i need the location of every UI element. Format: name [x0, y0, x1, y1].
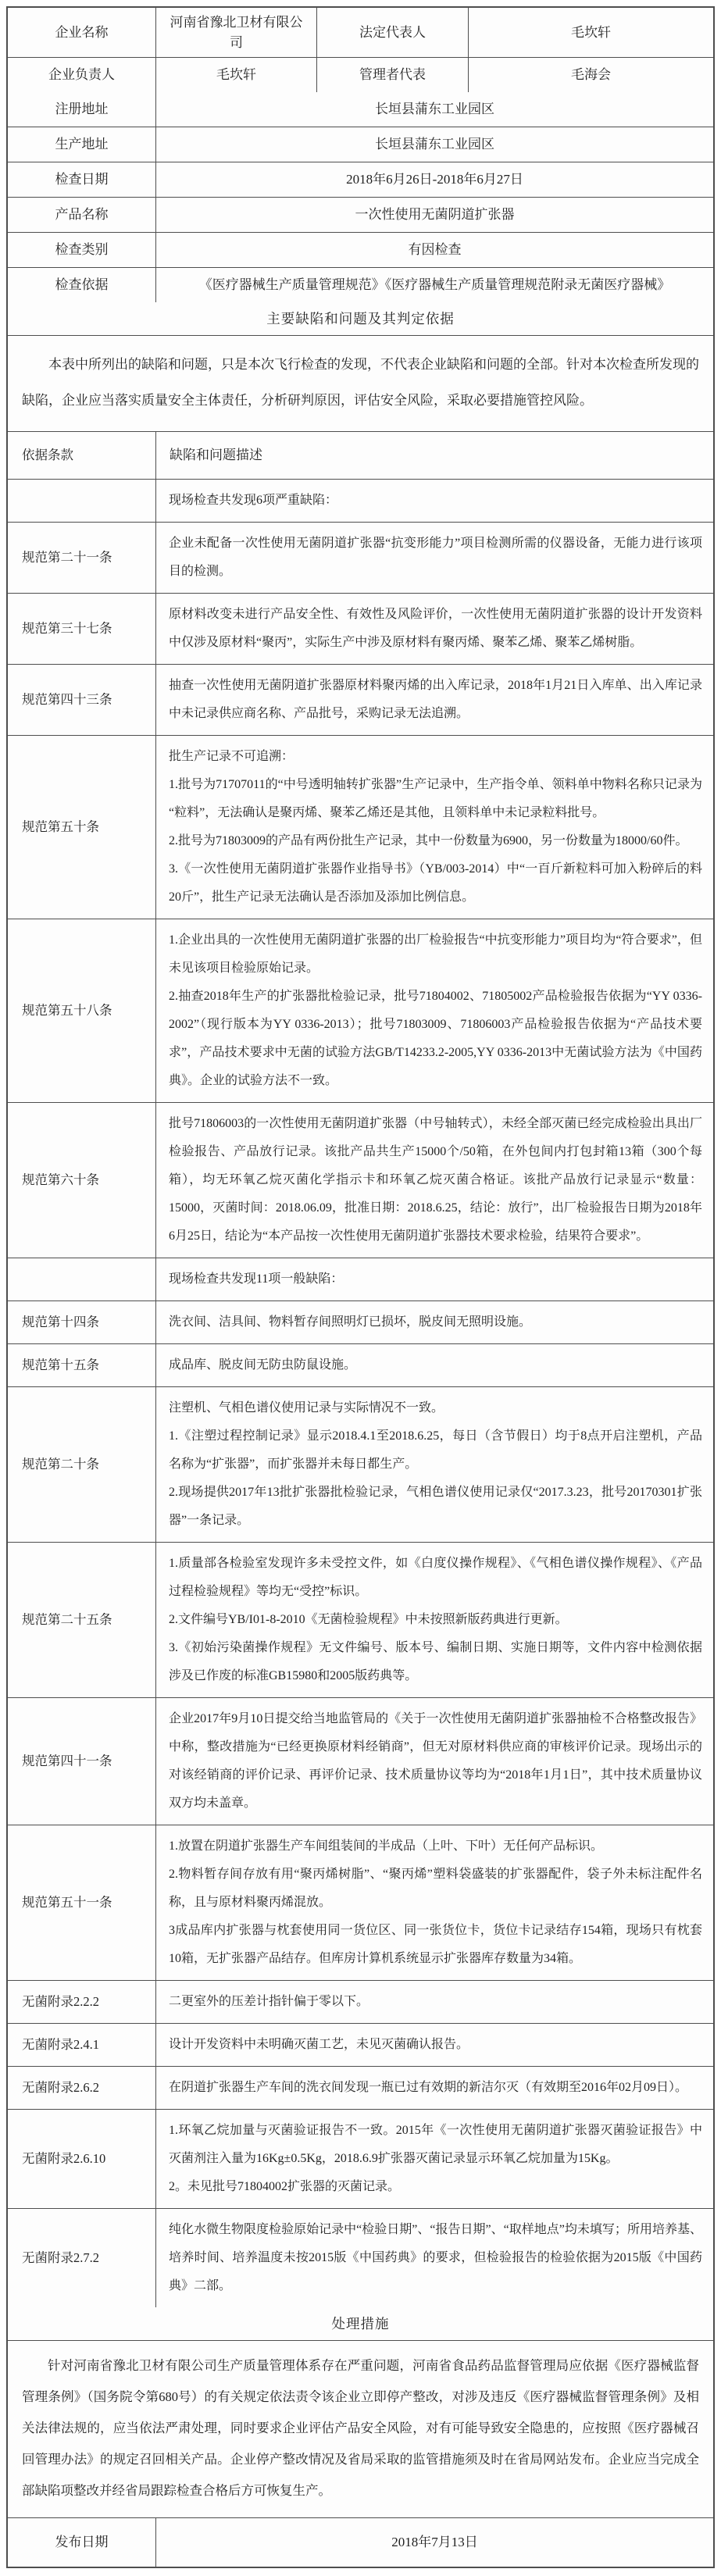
company-info-row: 生产地址长垣县蒲东工业园区: [8, 127, 713, 162]
defect-row: 规范第十五条成品库、脱皮间无防虫防鼠设施。: [8, 1344, 713, 1387]
defect-paragraph: 2.抽查2018年生产的扩张器批检验记录，批号71804002、71805002…: [169, 983, 702, 1095]
clause-cell: 规范第五十八条: [8, 919, 156, 1102]
defect-paragraph: 现场检查共发现6项严重缺陷：: [169, 487, 702, 515]
clause-cell: 规范第二十条: [8, 1387, 156, 1542]
defect-row: 现场检查共发现11项一般缺陷：: [8, 1258, 713, 1301]
defect-paragraph: 原材料改变未进行产品安全性、有效性及风险评价，一次性使用无菌阴道扩张器的设计开发…: [169, 601, 702, 657]
defect-description: 洗衣间、洁具间、物料暂存间照明灯已损坏，脱皮间无照明设施。: [156, 1301, 713, 1343]
clause-cell: 规范第五十一条: [8, 1825, 156, 1980]
defect-row: 规范第五十条批生产记录不可追溯：1.批号为71707011的“中号透明轴转扩张器…: [8, 736, 713, 919]
clause-cell: 规范第四十一条: [8, 1698, 156, 1825]
defect-description: 设计开发资料中未明确灭菌工艺，未见灭菌确认报告。: [156, 2024, 713, 2066]
defect-paragraph: 设计开发资料中未明确灭菌工艺，未见灭菌确认报告。: [169, 2031, 702, 2059]
info-field-label: 产品名称: [8, 198, 156, 232]
defect-row: 规范第二十条注塑机、气相色谱仪使用记录与实际情况不一致。1.《注塑过程控制记录》…: [8, 1387, 713, 1543]
company-field-label: 管理者代表: [317, 58, 469, 92]
company-field-value: 河南省豫北卫材有限公司: [156, 8, 317, 57]
defect-row: 无菌附录2.7.2纯化水微生物限度检验原始记录中“检验日期”、“报告日期”、“取…: [8, 2209, 713, 2307]
defect-paragraph: 批号71806003的一次性使用无菌阴道扩张器（中号轴转式），未经全部灭菌已经完…: [169, 1110, 702, 1251]
publish-date-row: 发布日期 2018年7月13日: [8, 2518, 713, 2567]
inspection-report: 企业名称河南省豫北卫材有限公司法定代表人毛坎轩企业负责人毛坎轩管理者代表毛海会 …: [6, 6, 715, 2568]
defect-description: 批号71806003的一次性使用无菌阴道扩张器（中号轴转式），未经全部灭菌已经完…: [156, 1103, 713, 1258]
defect-description: 纯化水微生物限度检验原始记录中“检验日期”、“报告日期”、“取样地点”均未填写；…: [156, 2209, 713, 2307]
defect-paragraph: 洗衣间、洁具间、物料暂存间照明灯已损坏，脱皮间无照明设施。: [169, 1308, 702, 1336]
defect-row: 规范第十四条洗衣间、洁具间、物料暂存间照明灯已损坏，脱皮间无照明设施。: [8, 1301, 713, 1344]
company-field-value: 毛坎轩: [469, 8, 713, 57]
defect-paragraph: 2。未见批号71804002扩张器的灭菌记录。: [169, 2173, 702, 2201]
company-info-row: 检查依据《医疗器械生产质量管理规范》《医疗器械生产质量管理规范附录无菌医疗器械》: [8, 268, 713, 302]
defect-row: 规范第四十三条抽查一次性使用无菌阴道扩张器原材料聚丙烯的出入库记录，2018年1…: [8, 665, 713, 736]
clause-cell: 规范第十四条: [8, 1301, 156, 1343]
clause-cell: [8, 1258, 156, 1300]
info-field-value: 《医疗器械生产质量管理规范》《医疗器械生产质量管理规范附录无菌医疗器械》: [156, 268, 713, 302]
defect-description: 成品库、脱皮间无防虫防鼠设施。: [156, 1344, 713, 1386]
defects-column-header-row: 依据条款 缺陷和问题描述: [8, 432, 713, 480]
defect-description: 1.环氧乙烷加量与灭菌验证报告不一致。2015年《一次性使用无菌阴道扩张器灭菌验…: [156, 2110, 713, 2208]
measures-paragraph-row: 针对河南省豫北卫材有限公司生产质量管理体系存在严重问题，河南省食品药品监督管理局…: [8, 2341, 713, 2518]
defect-row: 规范第五十一条1.放置在阴道扩张器生产车间组装间的半成品（上叶、下叶）无任何产品…: [8, 1825, 713, 1981]
clause-cell: 规范第六十条: [8, 1103, 156, 1258]
defect-paragraph: 1.放置在阴道扩张器生产车间组装间的半成品（上叶、下叶）无任何产品标识。: [169, 1832, 702, 1861]
info-field-value: 有因检查: [156, 233, 713, 267]
clause-cell: 无菌附录2.4.1: [8, 2024, 156, 2066]
defect-paragraph: 2.现场提供2017年13批扩张器批检验记录，气相色谱仪使用记录仅“2017.3…: [169, 1479, 702, 1535]
defect-paragraph: 企业未配备一次性使用无菌阴道扩张器“抗变形能力”项目检测所需的仪器设备，无能力进…: [169, 530, 702, 586]
info-field-label: 检查依据: [8, 268, 156, 302]
defect-description: 二更室外的压差计指针偏于零以下。: [156, 1981, 713, 2023]
info-field-label: 检查类别: [8, 233, 156, 267]
defect-paragraph: 1.企业出具的一次性使用无菌阴道扩张器的出厂检验报告“中抗变形能力”项目均为“符…: [169, 926, 702, 983]
defect-description: 1.放置在阴道扩张器生产车间组装间的半成品（上叶、下叶）无任何产品标识。2.物料…: [156, 1825, 713, 1980]
defect-description: 现场检查共发现6项严重缺陷：: [156, 480, 713, 522]
defect-paragraph: 1.《注塑过程控制记录》显示2018.4.1至2018.6.25，每日（含节假日…: [169, 1422, 702, 1479]
clause-cell: 规范第五十条: [8, 736, 156, 919]
defect-description: 原材料改变未进行产品安全性、有效性及风险评价，一次性使用无菌阴道扩张器的设计开发…: [156, 594, 713, 664]
info-field-label: 生产地址: [8, 127, 156, 162]
defect-description: 在阴道扩张器生产车间的洗衣间发现一瓶已过有效期的新洁尔灭（有效期至2016年02…: [156, 2067, 713, 2109]
company-header-row: 企业负责人毛坎轩管理者代表毛海会: [8, 58, 713, 92]
defect-paragraph: 纯化水微生物限度检验原始记录中“检验日期”、“报告日期”、“取样地点”均未填写；…: [169, 2216, 702, 2300]
publish-date-value: 2018年7月13日: [156, 2518, 713, 2567]
company-info-row: 检查日期2018年6月26日-2018年6月27日: [8, 162, 713, 198]
clause-cell: 规范第十五条: [8, 1344, 156, 1386]
clause-cell: 规范第二十一条: [8, 523, 156, 593]
measures-paragraph: 针对河南省豫北卫材有限公司生产质量管理体系存在严重问题，河南省食品药品监督管理局…: [8, 2341, 713, 2517]
defect-paragraph: 二更室外的压差计指针偏于零以下。: [169, 1988, 702, 2016]
company-info-row: 注册地址长垣县蒲东工业园区: [8, 92, 713, 127]
defect-row: 规范第四十一条企业2017年9月10日提交给当地监管局的《关于一次性使用无菌阴道…: [8, 1698, 713, 1825]
defect-paragraph: 3成品库内扩张器与枕套使用同一货位区、同一张货位卡，货位卡记录结存154箱，现场…: [169, 1917, 702, 1973]
defect-description: 1.企业出具的一次性使用无菌阴道扩张器的出厂检验报告“中抗变形能力”项目均为“符…: [156, 919, 713, 1102]
clause-cell: 无菌附录2.6.2: [8, 2067, 156, 2109]
defect-row: 规范第二十五条1.质量部各检验室发现许多未受控文件，如《白度仪操作规程》、《气相…: [8, 1543, 713, 1698]
company-field-value: 毛海会: [469, 58, 713, 92]
defect-row: 无菌附录2.2.2二更室外的压差计指针偏于零以下。: [8, 1981, 713, 2024]
defect-description: 企业2017年9月10日提交给当地监管局的《关于一次性使用无菌阴道扩张器抽检不合…: [156, 1698, 713, 1825]
info-field-value: 长垣县蒲东工业园区: [156, 92, 713, 127]
defect-row: 无菌附录2.6.101.环氧乙烷加量与灭菌验证报告不一致。2015年《一次性使用…: [8, 2110, 713, 2209]
defect-paragraph: 成品库、脱皮间无防虫防鼠设施。: [169, 1351, 702, 1379]
measures-title-row: 处理措施: [8, 2307, 713, 2341]
description-column-header: 缺陷和问题描述: [156, 432, 713, 479]
defect-paragraph: 注塑机、气相色谱仪使用记录与实际情况不一致。: [169, 1394, 702, 1422]
company-field-label: 企业负责人: [8, 58, 156, 92]
defect-paragraph: 在阴道扩张器生产车间的洗衣间发现一瓶已过有效期的新洁尔灭（有效期至2016年02…: [169, 2074, 702, 2102]
company-field-label: 法定代表人: [317, 8, 469, 57]
company-info-row: 检查类别有因检查: [8, 233, 713, 268]
defect-paragraph: 1.质量部各检验室发现许多未受控文件，如《白度仪操作规程》、《气相色谱仪操作规程…: [169, 1550, 702, 1606]
defect-paragraph: 3.《一次性使用无菌阴道扩张器作业指导书》（YB/003-2014）中“一百斤新…: [169, 855, 702, 912]
defect-paragraph: 抽查一次性使用无菌阴道扩张器原材料聚丙烯的出入库记录，2018年1月21日入库单…: [169, 672, 702, 728]
defects-intro-paragraph: 本表中所列出的缺陷和问题，只是本次飞行检查的发现，不代表企业缺陷和问题的全部。针…: [8, 336, 713, 431]
defect-paragraph: 1.批号为71707011的“中号透明轴转扩张器”生产记录中，生产指令单、领料单…: [169, 771, 702, 827]
defect-description: 企业未配备一次性使用无菌阴道扩张器“抗变形能力”项目检测所需的仪器设备，无能力进…: [156, 523, 713, 593]
info-field-value: 一次性使用无菌阴道扩张器: [156, 198, 713, 232]
defect-row: 规范第二十一条企业未配备一次性使用无菌阴道扩张器“抗变形能力”项目检测所需的仪器…: [8, 523, 713, 594]
defect-description: 注塑机、气相色谱仪使用记录与实际情况不一致。1.《注塑过程控制记录》显示2018…: [156, 1387, 713, 1542]
defect-description: 1.质量部各检验室发现许多未受控文件，如《白度仪操作规程》、《气相色谱仪操作规程…: [156, 1543, 713, 1697]
defect-paragraph: 批生产记录不可追溯：: [169, 743, 702, 771]
defects-section-title-row: 主要缺陷和问题及其判定依据: [8, 302, 713, 336]
defect-row: 无菌附录2.6.2在阴道扩张器生产车间的洗衣间发现一瓶已过有效期的新洁尔灭（有效…: [8, 2067, 713, 2110]
defect-description: 批生产记录不可追溯：1.批号为71707011的“中号透明轴转扩张器”生产记录中…: [156, 736, 713, 919]
defect-description: 抽查一次性使用无菌阴道扩张器原材料聚丙烯的出入库记录，2018年1月21日入库单…: [156, 665, 713, 735]
info-field-value: 长垣县蒲东工业园区: [156, 127, 713, 162]
defect-paragraph: 3.《初始污染菌操作规程》无文件编号、版本号、编制日期、实施日期等，文件内容中检…: [169, 1634, 702, 1690]
publish-date-label: 发布日期: [8, 2518, 156, 2567]
defect-row: 无菌附录2.4.1设计开发资料中未明确灭菌工艺，未见灭菌确认报告。: [8, 2024, 713, 2067]
clause-cell: 规范第二十五条: [8, 1543, 156, 1697]
defect-paragraph: 现场检查共发现11项一般缺陷：: [169, 1265, 702, 1293]
clause-cell: 无菌附录2.2.2: [8, 1981, 156, 2023]
defect-row: 规范第五十八条1.企业出具的一次性使用无菌阴道扩张器的出厂检验报告“中抗变形能力…: [8, 919, 713, 1103]
defects-section-title: 主要缺陷和问题及其判定依据: [8, 302, 713, 335]
company-info-row: 产品名称一次性使用无菌阴道扩张器: [8, 198, 713, 233]
company-field-label: 企业名称: [8, 8, 156, 57]
measures-title: 处理措施: [8, 2307, 713, 2340]
defect-paragraph: 2.物料暂存间存放有用“聚丙烯树脂”、“聚丙烯”塑料袋盛装的扩张器配件，袋子外未…: [169, 1861, 702, 1917]
clause-cell: 无菌附录2.6.10: [8, 2110, 156, 2208]
defect-row: 规范第三十七条原材料改变未进行产品安全性、有效性及风险评价，一次性使用无菌阴道扩…: [8, 594, 713, 665]
clause-cell: 规范第三十七条: [8, 594, 156, 664]
clause-cell: [8, 480, 156, 522]
clause-cell: 无菌附录2.7.2: [8, 2209, 156, 2307]
defect-description: 现场检查共发现11项一般缺陷：: [156, 1258, 713, 1300]
info-field-label: 检查日期: [8, 162, 156, 197]
company-field-value: 毛坎轩: [156, 58, 317, 92]
defect-paragraph: 1.环氧乙烷加量与灭菌验证报告不一致。2015年《一次性使用无菌阴道扩张器灭菌验…: [169, 2117, 702, 2173]
defect-paragraph: 企业2017年9月10日提交给当地监管局的《关于一次性使用无菌阴道扩张器抽检不合…: [169, 1705, 702, 1818]
company-header-row: 企业名称河南省豫北卫材有限公司法定代表人毛坎轩: [8, 8, 713, 58]
defect-paragraph: 2.文件编号YB/I01-8-2010《无菌检验规程》中未按照新版药典进行更新。: [169, 1606, 702, 1634]
clause-column-header: 依据条款: [8, 432, 156, 479]
defect-paragraph: 2.批号为71803009的产品有两份批生产记录，其中一份数量为6900，另一份…: [169, 827, 702, 855]
defects-intro-row: 本表中所列出的缺陷和问题，只是本次飞行检查的发现，不代表企业缺陷和问题的全部。针…: [8, 336, 713, 432]
defect-row: 现场检查共发现6项严重缺陷：: [8, 480, 713, 523]
info-field-label: 注册地址: [8, 92, 156, 127]
defect-row: 规范第六十条批号71806003的一次性使用无菌阴道扩张器（中号轴转式），未经全…: [8, 1103, 713, 1258]
clause-cell: 规范第四十三条: [8, 665, 156, 735]
info-field-value: 2018年6月26日-2018年6月27日: [156, 162, 713, 197]
